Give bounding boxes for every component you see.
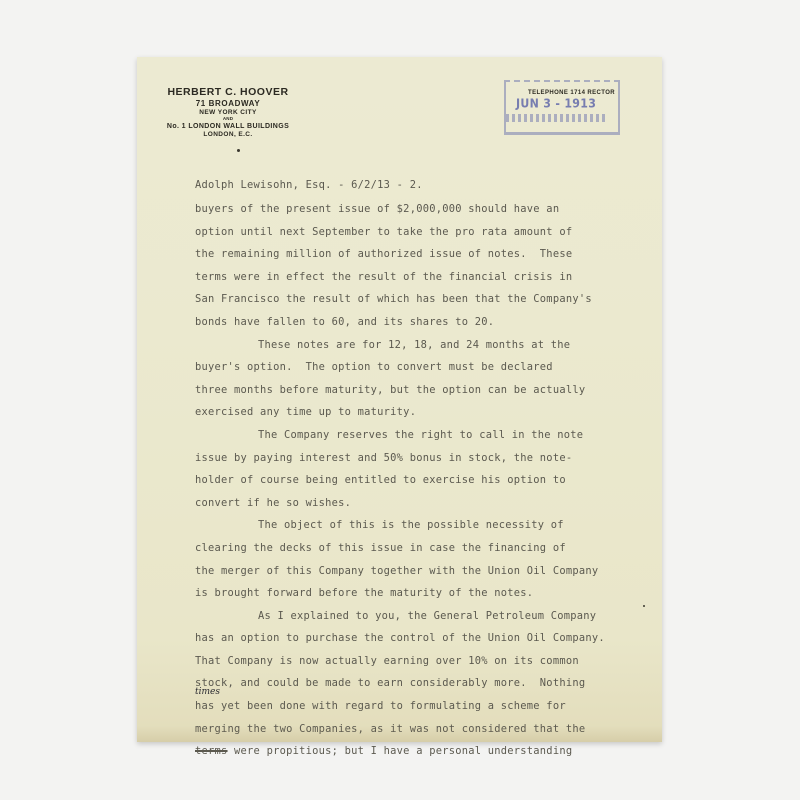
letter-line: is brought forward before the maturity o…	[195, 582, 605, 605]
handwritten-correction: times	[195, 687, 220, 697]
letter-line: These notes are for 12, 18, and 24 month…	[195, 334, 605, 357]
stamp-date: JUN 3 - 1913	[516, 96, 596, 110]
letter-line: option until next September to take the …	[195, 221, 605, 244]
letter-line: The Company reserves the right to call i…	[195, 424, 605, 447]
letter-line: The object of this is the possible neces…	[195, 514, 605, 537]
letterhead-address: 71 BROADWAY	[137, 100, 319, 108]
letter-line: has an option to purchase the control of…	[195, 627, 605, 650]
letter-line: clearing the decks of this issue in case…	[195, 537, 605, 560]
stamp-smear	[506, 114, 606, 122]
ink-speck	[643, 605, 645, 607]
letter-line: convert if he so wishes.	[195, 492, 605, 515]
letter-line: That Company is now actually earning ove…	[195, 650, 605, 673]
letter-line: the merger of this Company together with…	[195, 560, 605, 583]
letter-page: HERBERT C. HOOVER 71 BROADWAY NEW YORK C…	[137, 57, 662, 742]
letterhead-london-city: LONDON, E.C.	[137, 132, 319, 139]
letterhead: HERBERT C. HOOVER 71 BROADWAY NEW YORK C…	[137, 87, 319, 138]
letterhead-name: HERBERT C. HOOVER	[137, 87, 319, 98]
ink-speck	[237, 149, 240, 152]
letter-line: holder of course being entitled to exerc…	[195, 469, 605, 492]
letter-line: buyer's option. The option to convert mu…	[195, 356, 605, 379]
letterhead-london-address: No. 1 LONDON WALL BUILDINGS	[137, 123, 319, 130]
letter-line: the remaining million of authorized issu…	[195, 243, 605, 266]
line-rest: were propitious; but I have a personal u…	[228, 745, 573, 757]
page-header-line: Adolph Lewisohn, Esq. - 6/2/13 - 2.	[195, 179, 423, 191]
letter-line: terms were in effect the result of the f…	[195, 266, 605, 289]
letter-line: has yet been done with regard to formula…	[195, 695, 605, 718]
struck-word: terms	[195, 745, 228, 757]
letter-line: terms were propitious; but I have a pers…	[195, 740, 605, 763]
letter-line: merging the two Companies, as it was not…	[195, 718, 605, 741]
letter-line: bonds have fallen to 60, and its shares …	[195, 311, 605, 334]
letter-line: exercised any time up to maturity.	[195, 401, 605, 424]
letter-line: stock, and could be made to earn conside…	[195, 672, 605, 695]
received-date-stamp: JUN 3 - 1913	[494, 80, 619, 134]
letter-line: buyers of the present issue of $2,000,00…	[195, 198, 605, 221]
letter-line: San Francisco the result of which has be…	[195, 288, 605, 311]
letter-body: buyers of the present issue of $2,000,00…	[195, 198, 605, 763]
letter-line: three months before maturity, but the op…	[195, 379, 605, 402]
letter-line: issue by paying interest and 50% bonus i…	[195, 447, 605, 470]
letterhead-and: AND	[137, 117, 319, 122]
letter-line: As I explained to you, the General Petro…	[195, 605, 605, 628]
